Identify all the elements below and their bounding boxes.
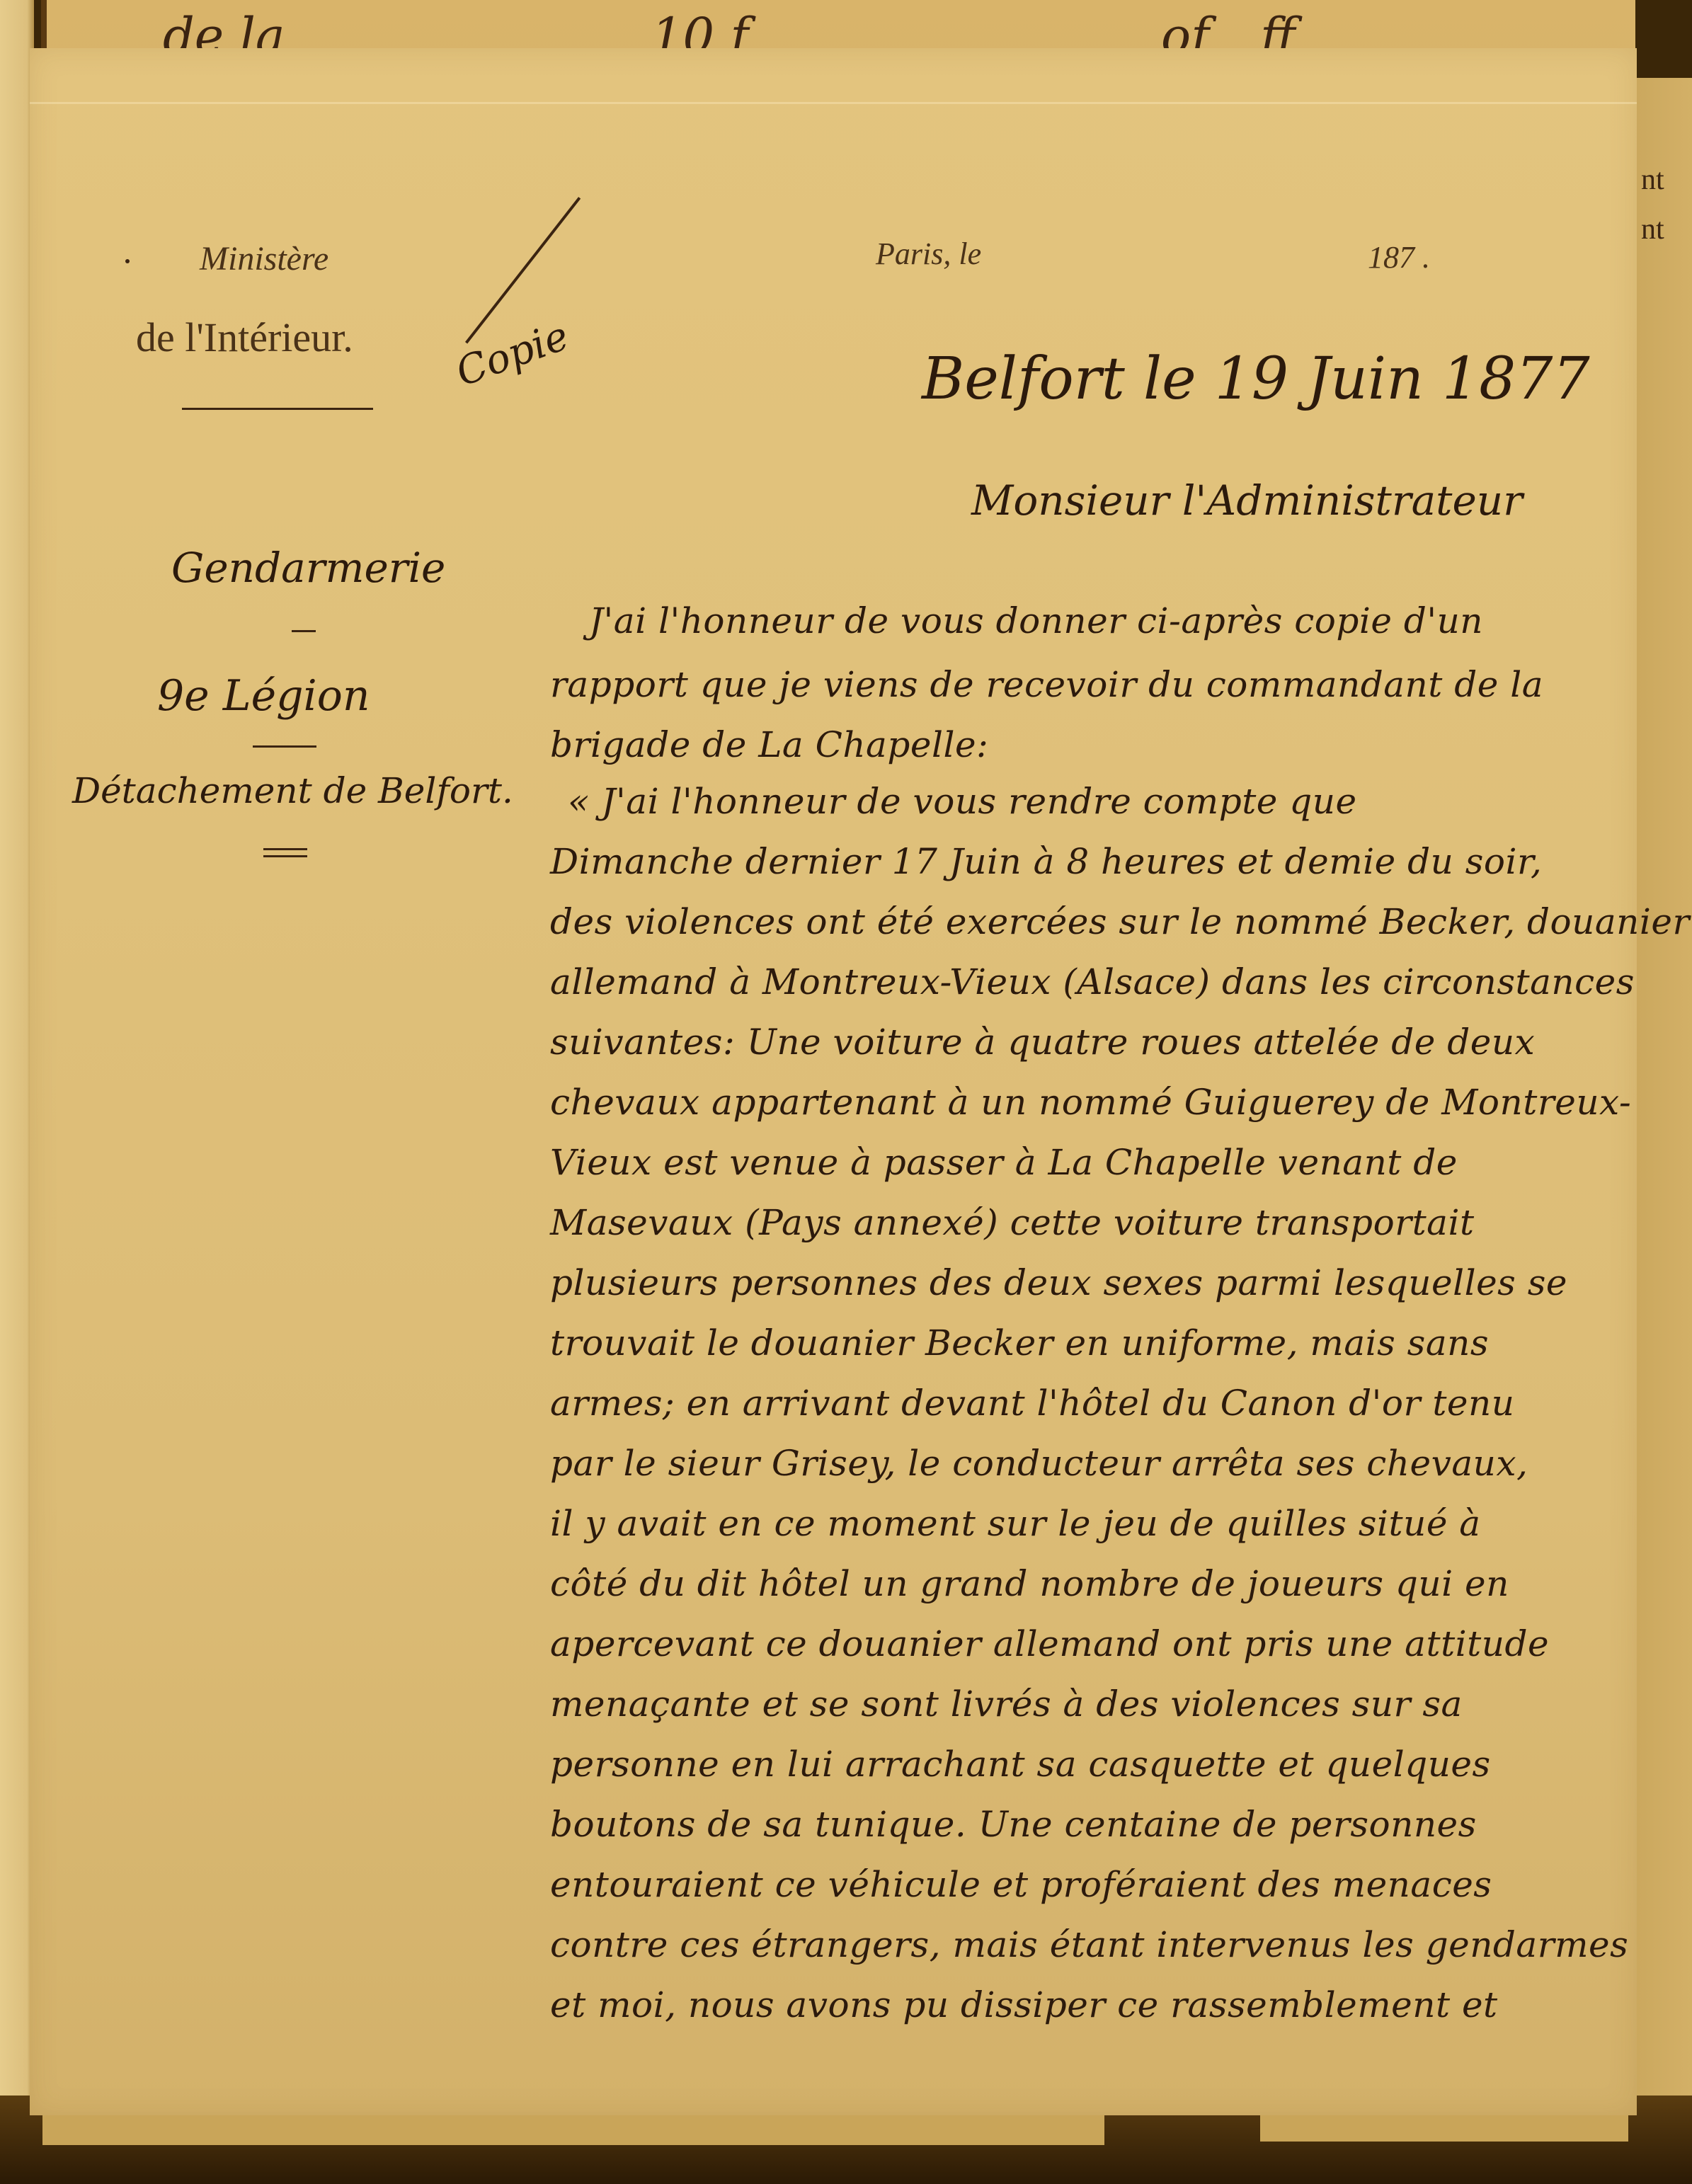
body-line: entouraient ce véhicule et proféraient d… bbox=[550, 1864, 1492, 1905]
body-line: trouvait le douanier Becker en uniforme,… bbox=[550, 1322, 1489, 1363]
right-sheet-fragment: nt bbox=[1641, 163, 1664, 197]
ministry-heading: Ministère bbox=[200, 239, 328, 278]
overline-mark bbox=[292, 630, 316, 632]
double-rule-top bbox=[263, 848, 307, 850]
body-line: rapport que je viens de recevoir du comm… bbox=[550, 664, 1543, 705]
body-line: suivantes: Une voiture à quatre roues at… bbox=[550, 1022, 1535, 1063]
copy-slash-stroke bbox=[465, 197, 581, 343]
right-underlying-sheet bbox=[1637, 78, 1692, 2173]
sidebar-detachment: Détachement de Belfort. bbox=[72, 770, 513, 811]
body-line: boutons de sa tunique. Une centaine de p… bbox=[550, 1804, 1477, 1845]
body-line: contre ces étrangers, mais étant interve… bbox=[550, 1924, 1628, 1965]
body-line: personne en lui arrachant sa casquette e… bbox=[550, 1744, 1491, 1785]
left-binder-rule bbox=[41, 0, 47, 50]
sidebar-legion: 9e Légion bbox=[157, 671, 370, 721]
body-line: côté du dit hôtel un grand nombre de jou… bbox=[550, 1563, 1509, 1604]
copy-annotation: Copie bbox=[450, 313, 575, 396]
letterhead-ornament-rule bbox=[182, 408, 373, 410]
body-line: par le sieur Grisey, le conducteur arrêt… bbox=[550, 1443, 1528, 1484]
body-line: Vieux est venue à passer à La Chapelle v… bbox=[550, 1142, 1458, 1183]
body-line: J'ai l'honneur de vous donner ci-après c… bbox=[589, 600, 1483, 641]
letter-page: Ministère de l'Intérieur. Paris, le 187 … bbox=[30, 48, 1637, 2115]
body-line: et moi, nous avons pu dissiper ce rassem… bbox=[550, 1984, 1498, 2025]
body-line: « J'ai l'honneur de vous rendre compte q… bbox=[568, 781, 1357, 822]
printed-place-date: Paris, le bbox=[876, 236, 981, 272]
body-line: plusieurs personnes des deux sexes parmi… bbox=[550, 1262, 1567, 1303]
body-line: brigade de La Chapelle: bbox=[550, 724, 988, 765]
body-line: allemand à Montreux-Vieux (Alsace) dans … bbox=[550, 961, 1635, 1002]
flourish-rule bbox=[253, 745, 316, 748]
left-binder-edge bbox=[0, 0, 34, 2184]
double-rule-bottom bbox=[263, 855, 307, 857]
sidebar-service: Gendarmerie bbox=[171, 544, 445, 592]
folded-sheet-flap bbox=[42, 2113, 1104, 2145]
printed-dot bbox=[125, 259, 130, 263]
right-sheet-fragment: nt bbox=[1641, 212, 1664, 246]
body-line: menaçante et se sont livrés à des violen… bbox=[550, 1683, 1463, 1725]
body-line: apercevant ce douanier allemand ont pris… bbox=[550, 1623, 1549, 1664]
body-line: des violences ont été exercées sur le no… bbox=[550, 901, 1690, 942]
fold-crease bbox=[30, 102, 1637, 104]
body-line: Dimanche dernier 17 Juin à 8 heures et d… bbox=[550, 841, 1542, 882]
body-line: Masevaux (Pays annexé) cette voiture tra… bbox=[550, 1202, 1475, 1243]
ministry-subheading: de l'Intérieur. bbox=[136, 314, 353, 361]
dateline: Belfort le 19 Juin 1877 bbox=[922, 345, 1590, 413]
printed-year: 187 . bbox=[1368, 239, 1430, 275]
salutation: Monsieur l'Administrateur bbox=[971, 476, 1523, 525]
body-line: il y avait en ce moment sur le jeu de qu… bbox=[550, 1503, 1481, 1544]
body-line: armes; en arrivant devant l'hôtel du Can… bbox=[550, 1383, 1514, 1424]
body-line: chevaux appartenant à un nommé Guiguerey… bbox=[550, 1082, 1631, 1123]
